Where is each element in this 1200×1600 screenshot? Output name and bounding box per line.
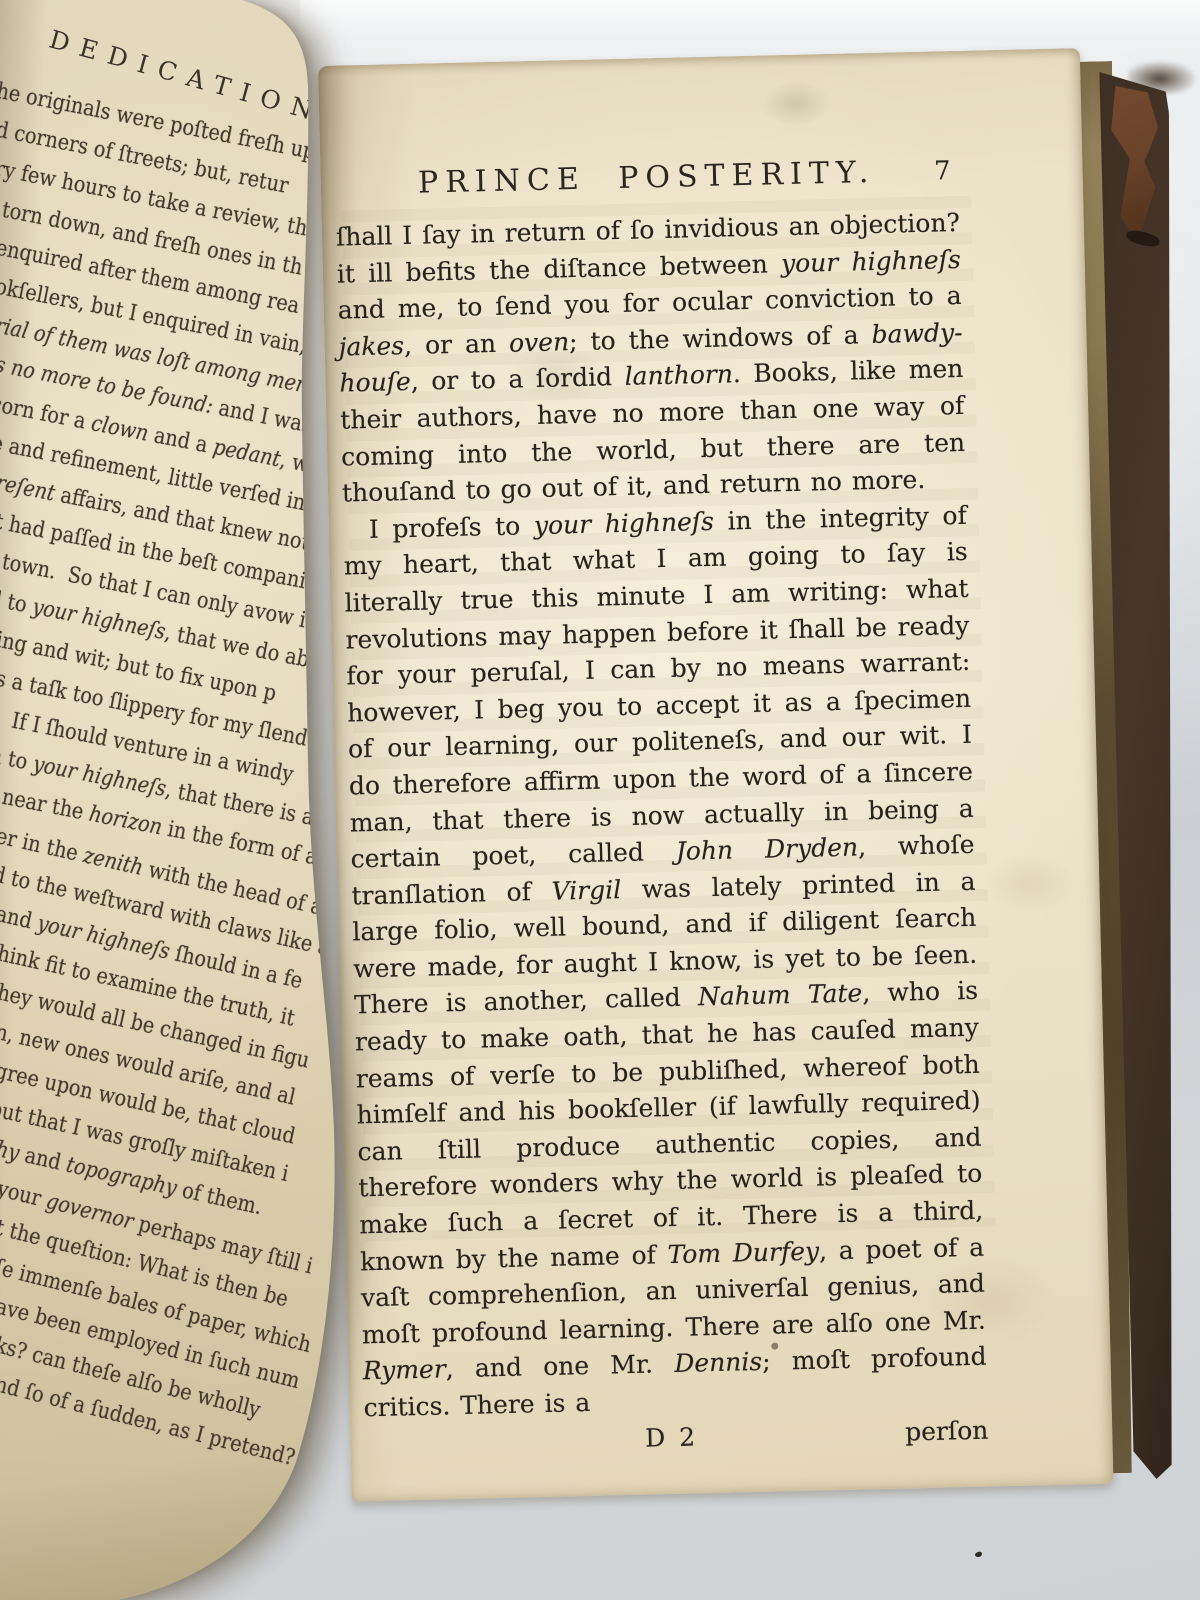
left-page-text-block: DEDICATION T The originals were poſted f… [0,18,420,1401]
catchword: perſon [905,1412,989,1451]
left-page-lines: The originals were poſted freſh uponnd c… [0,69,420,1401]
photo-backdrop: PRINCE POSTERITY. 7 ſhall I ſay in retur… [0,0,1200,1600]
running-header: PRINCE POSTERITY. [418,155,876,201]
paragraph: ſhall I ſay in return of ſo invidious an… [336,205,967,512]
left-page-wrap: DEDICATION T The originals were poſted f… [0,0,420,1600]
headband-fray [1128,60,1198,94]
left-page: DEDICATION T The originals were poſted f… [0,0,420,1600]
signature-mark: D 2 [645,1419,699,1457]
right-page-text-block: PRINCE POSTERITY. 7 ſhall I ſay in retur… [334,153,988,1464]
stain [984,853,1075,915]
right-page: PRINCE POSTERITY. 7 ſhall I ſay in retur… [318,48,1114,1502]
paragraph: I profeſs to your highneſs in the integr… [343,498,988,1427]
running-header-row: PRINCE POSTERITY. 7 [334,153,959,212]
dust-speck [974,1551,982,1558]
right-page-body: ſhall I ſay in return of ſo invidious an… [336,205,988,1427]
stain [760,80,831,128]
page-number: 7 [934,156,951,186]
